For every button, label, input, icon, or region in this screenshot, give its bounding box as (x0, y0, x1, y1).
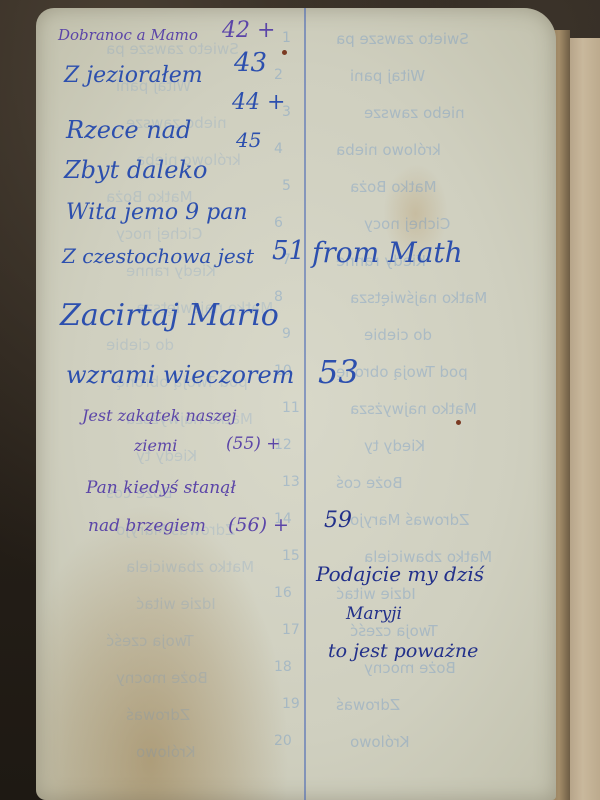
bleed-through-number: 13 (282, 474, 300, 490)
bleed-through-line: Matko najwyższa (350, 400, 477, 418)
bleed-through-number: 17 (282, 622, 300, 638)
margin-line (304, 8, 306, 800)
entry-title: Z jeziorałem (64, 63, 203, 88)
bleed-through-number: 19 (282, 696, 300, 712)
entry-number: 43 (234, 48, 267, 78)
entry-number: 42 + (222, 18, 275, 43)
bleed-through-line: Zdrowaś Maryjo (350, 511, 469, 529)
bleed-through-number: 15 (282, 548, 300, 564)
bleed-through-line: Cichej nocy (364, 215, 450, 233)
bleed-through-line: Boże mocny (116, 669, 208, 687)
bleed-through-line: królowo nieba (336, 141, 441, 159)
entry-number: 45 (236, 128, 261, 152)
bleed-through-line: Zdrowaś (336, 696, 400, 714)
entry-right-title: from Math (312, 236, 463, 269)
entry-number: 51 (272, 236, 305, 266)
entry-right-title: Podajcie my dziś (316, 562, 484, 586)
bleed-through-line: Królowo (350, 733, 410, 751)
bleed-through-line: Cichej nocy (116, 225, 202, 243)
entry-number: 44 + (232, 90, 285, 115)
entry-number: (56) + (228, 514, 289, 536)
bleed-through-line: Twoja cześć (350, 622, 438, 640)
entry-title: Pan kiedyś stanął (86, 478, 236, 498)
bleed-through-line: do ciebie (106, 336, 174, 354)
entry-title: Dobranoc a Mamo (58, 26, 198, 44)
entry-number: (55) + (226, 434, 281, 454)
entry-title: Rzece nad (66, 116, 191, 144)
entry-title: ziemi (134, 436, 177, 455)
ink-spot (456, 420, 461, 425)
entry-title: Jest zakątek naszej (82, 406, 236, 425)
entry-title: wzrami wieczorem (66, 361, 294, 389)
bleed-through-line: Twoja cześć (106, 632, 194, 650)
bleed-through-number: 1 (282, 30, 291, 46)
bleed-through-line: Matko najświętsza (350, 289, 487, 307)
bleed-through-line: Boże coś (336, 474, 403, 492)
entry-right-title: Maryji (346, 604, 402, 624)
entry-title: nad brzegiem (88, 516, 206, 536)
bleed-through-line: Idzie witać (136, 595, 216, 613)
bleed-through-number: 4 (274, 141, 283, 157)
bleed-through-line: Swieto zawsze pa (336, 30, 469, 48)
entry-right-number: 59 (324, 508, 352, 533)
bleed-through-line: Matko Boża (350, 178, 437, 196)
bleed-through-line: Kiedy ty (364, 437, 425, 455)
bleed-through-line: do ciebie (364, 326, 432, 344)
bleed-through-line: Matko zbawiciela (126, 558, 254, 576)
notebook-page: 1234567891011121314151617181920Swieto za… (36, 8, 556, 800)
entry-title: Zbyt daleko (64, 156, 207, 184)
bleed-through-number: 11 (282, 400, 300, 416)
bleed-through-line: Królowo (136, 743, 196, 761)
bleed-through-number: 9 (282, 326, 291, 342)
bleed-through-line: Witaj pani (350, 67, 425, 85)
bleed-through-number: 16 (274, 585, 292, 601)
entry-right-title: to jest poważne (328, 640, 478, 662)
bleed-through-line: Zdrowaś (126, 706, 190, 724)
entry-number: 53 (318, 353, 359, 391)
bleed-through-number: 6 (274, 215, 283, 231)
bleed-through-number: 20 (274, 733, 292, 749)
entry-title: Wita jemo 9 pan (66, 200, 248, 225)
bleed-through-number: 18 (274, 659, 292, 675)
bleed-through-number: 5 (282, 178, 291, 194)
bleed-through-line: niebo zawsze (364, 104, 465, 122)
notebook-back-cover (568, 38, 600, 800)
entry-title: Zacirtaj Mario (60, 298, 279, 333)
bleed-through-line: Idzie witać (336, 585, 416, 603)
bleed-through-number: 2 (274, 67, 283, 83)
ink-spot (282, 50, 287, 55)
entry-title: Z czestochowa jest (62, 244, 254, 268)
